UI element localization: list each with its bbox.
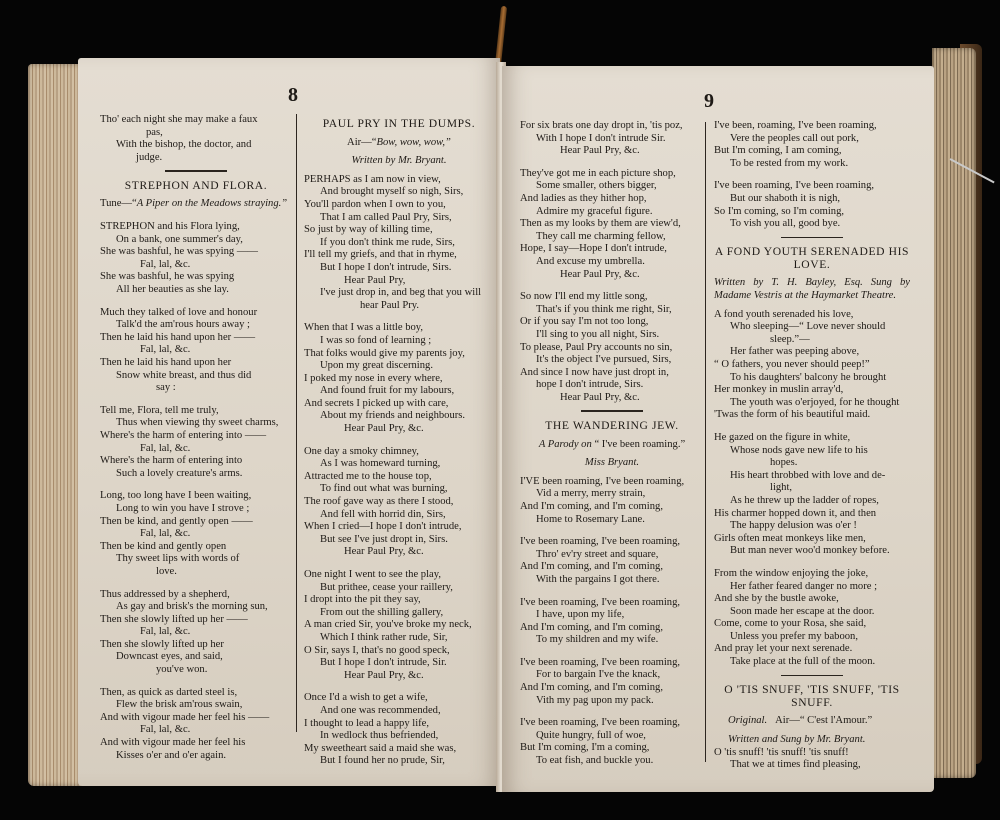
text-line: With the bishop, the doctor, and xyxy=(100,139,292,152)
text-line: Talk'd the am'rous hours away ; xyxy=(100,319,292,332)
text-line: His heart throbbed with love and de- xyxy=(714,470,910,483)
credit-line: Written by Mr. Bryant. xyxy=(304,155,494,168)
text-line: Then he laid his hand upon her —— xyxy=(100,332,292,345)
column-divider xyxy=(296,114,297,732)
text-line: So now I'll end my little song, xyxy=(520,291,704,304)
text-line: My sweetheart said a maid she was, xyxy=(304,743,494,756)
text-line: Kisses o'er and o'er again. xyxy=(100,750,292,763)
text-line: Vith my pag upon my pack. xyxy=(520,695,704,708)
text-line: He gazed on the figure in white, xyxy=(714,432,910,445)
text-line: Long, too long have I been waiting, xyxy=(100,490,292,503)
text-line: I've been roaming, I've been roaming, xyxy=(520,717,704,730)
air-line: Original. Air—“ C'est l'Amour.” xyxy=(714,715,910,728)
page-number: 9 xyxy=(704,90,714,113)
text-line: “ O fathers, you never should peep!” xyxy=(714,359,910,372)
text-line: A man cried Sir, you've broke my neck, xyxy=(304,619,494,632)
text-line: Upon my great discerning. xyxy=(304,360,494,373)
parody-line: A Parody on “ I've been roaming.” xyxy=(520,439,704,452)
text-line: I was so fond of learning ; xyxy=(304,335,494,348)
text-line: With the pargains I got there. xyxy=(520,574,704,587)
song-title: THE WANDERING JEW. xyxy=(520,420,704,433)
section-rule xyxy=(781,237,843,239)
song-stanzas: I've been, roaming, I've been roaming,Ve… xyxy=(714,120,910,231)
song-title: PAUL PRY IN THE DUMPS. xyxy=(304,118,494,131)
text-line: With I hope I don't intrude Sir. xyxy=(520,133,704,146)
text-line: And brought myself so nigh, Sirs, xyxy=(304,186,494,199)
text-line: They call me charming fellow, xyxy=(520,231,704,244)
text-line: I've been, roaming, I've been roaming, xyxy=(714,120,910,133)
text-line: As gay and brisk's the morning sun, xyxy=(100,601,292,614)
text-line: As I was homeward turning, xyxy=(304,458,494,471)
song-stanzas: STREPHON and his Flora lying,On a bank, … xyxy=(100,221,292,762)
text-line: And found fruit for my labours, xyxy=(304,385,494,398)
text-line: Then, as quick as darted steel is, xyxy=(100,687,292,700)
text-line: say : xyxy=(100,382,292,395)
text-line: Soon made her escape at the door. xyxy=(714,606,910,619)
text-line: In wedlock thus befriended, xyxy=(304,730,494,743)
text-line: Her father was peeping above, xyxy=(714,346,910,359)
text-line: 'Twas the form of his beautiful maid. xyxy=(714,409,910,422)
text-line: But I hope I don't intrude, Sir. xyxy=(304,657,494,670)
open-book: 8 Tho' each night she may make a faux pa… xyxy=(0,0,1000,820)
text-line: To eat fish, and buckle you. xyxy=(520,755,704,768)
text-line: Where's the harm of entering into —— xyxy=(100,430,292,443)
text-line: Or if you say I'm not too long, xyxy=(520,316,704,329)
text-line: I have, upon my life, xyxy=(520,609,704,622)
text-line: Thus when viewing thy sweet charms, xyxy=(100,417,292,430)
right-page: 9 For six brats one day dropt in, 'tis p… xyxy=(502,66,934,792)
text-line: When I cried—I hope I don't intrude, xyxy=(304,521,494,534)
text-line: STREPHON and his Flora lying, xyxy=(100,221,292,234)
text-line: But I'm coming, I am coming, xyxy=(714,145,910,158)
text-line: Downcast eyes, and said, xyxy=(100,651,292,664)
text-line: Her father feared danger no more ; xyxy=(714,581,910,594)
text-line: To please, Paul Pry accounts no sin, xyxy=(520,342,704,355)
text-line: But see I've just dropt in, Sirs. xyxy=(304,534,494,547)
song-stanzas: A fond youth serenaded his love,Who slee… xyxy=(714,309,910,669)
text-line: Then be kind, and gently open —— xyxy=(100,516,292,529)
text-line: I'll tell my griefs, and that in rhyme, xyxy=(304,249,494,262)
left-page: 8 Tho' each night she may make a faux pa… xyxy=(78,58,500,786)
text-line: That's if you think me right, Sir, xyxy=(520,304,704,317)
text-line: Thus addressed by a shepherd, xyxy=(100,589,292,602)
text-line: And I'm coming, and I'm coming, xyxy=(520,682,704,695)
page-number: 8 xyxy=(288,84,298,107)
text-line: Then be kind and gently open xyxy=(100,541,292,554)
text-line: And I'm coming, and I'm coming, xyxy=(520,561,704,574)
text-line: pas, xyxy=(100,127,292,140)
text-line: Hear Paul Pry, &c. xyxy=(304,546,494,559)
text-line: When that I was a little boy, xyxy=(304,322,494,335)
right-column-2: I've been, roaming, I've been roaming,Ve… xyxy=(714,120,910,772)
text-line: Unless you prefer my baboon, xyxy=(714,631,910,644)
text-line: That I am called Paul Pry, Sirs, xyxy=(304,212,494,225)
text-line: Once I'd a wish to get a wife, xyxy=(304,692,494,705)
text-line: Fal, lal, &c. xyxy=(100,259,292,272)
text-line: To his daughters' balcony he brought xyxy=(714,372,910,385)
text-line: But our shaboth it is nigh, xyxy=(714,193,910,206)
credit-line: Written by T. H. Bayley, Esq. Sung by Ma… xyxy=(714,277,910,302)
text-line: Where's the harm of entering into xyxy=(100,455,292,468)
song-stanzas: For six brats one day dropt in, 'tis poz… xyxy=(520,120,704,404)
text-line: Long to win you have I strove ; xyxy=(100,503,292,516)
page-block-right-edge xyxy=(932,48,976,778)
text-line: Hear Paul Pry, &c. xyxy=(304,670,494,683)
text-line: All her beauties as she lay. xyxy=(100,284,292,297)
text-line: That we at times find pleasing, xyxy=(714,759,910,772)
text-line: Attracted me to the house top, xyxy=(304,471,494,484)
text-line: hopes. xyxy=(714,457,910,470)
text-line: The happy delusion was o'er ! xyxy=(714,520,910,533)
page-block-left-edge xyxy=(28,64,84,786)
text-line: Thy sweet lips with words of xyxy=(100,553,292,566)
text-line: Hear Paul Pry, xyxy=(304,275,494,288)
text-line: But prithee, cease your raillery, xyxy=(304,582,494,595)
text-line: Her monkey in muslin array'd, xyxy=(714,384,910,397)
credit-line: Written and Sung by Mr. Bryant. xyxy=(714,734,910,747)
text-line: To vish you all, good bye. xyxy=(714,218,910,231)
text-line: One night I went to see the play, xyxy=(304,569,494,582)
text-line: But I hope I don't intrude, Sirs. xyxy=(304,262,494,275)
text-line: And fell with horrid din, Sirs, xyxy=(304,509,494,522)
text-line: So just by way of killing time, xyxy=(304,224,494,237)
text-line: Much they talked of love and honour xyxy=(100,307,292,320)
text-line: love. xyxy=(100,566,292,579)
text-line: Such a lovely creature's arms. xyxy=(100,468,292,481)
song-title: STREPHON AND FLORA. xyxy=(100,180,292,193)
text-line: light, xyxy=(714,482,910,495)
text-line: I thought to lead a happy life, xyxy=(304,718,494,731)
text-line: From the window enjoying the joke, xyxy=(714,568,910,581)
text-line: For six brats one day dropt in, 'tis poz… xyxy=(520,120,704,133)
text-line: Admire my graceful figure. xyxy=(520,206,704,219)
text-line: Fal, lal, &c. xyxy=(100,528,292,541)
text-line: His charmer hopped down it, and then xyxy=(714,508,910,521)
text-line: sleep.”— xyxy=(714,334,910,347)
text-line: That folks would give my parents joy, xyxy=(304,348,494,361)
text-line: One day a smoky chimney, xyxy=(304,446,494,459)
text-line: And with vigour made her feel his —— xyxy=(100,712,292,725)
left-column-2: PAUL PRY IN THE DUMPS. Air—“Bow, wow, wo… xyxy=(304,114,494,768)
text-line: Vere the peoples call out pork, xyxy=(714,133,910,146)
text-line: I've been roaming, I've been roaming, xyxy=(520,536,704,549)
text-line: O 'tis snuff! 'tis snuff! 'tis snuff! xyxy=(714,747,910,760)
text-line: For to bargain I've the knack, xyxy=(520,669,704,682)
text-line: You'll pardon when I own to you, xyxy=(304,199,494,212)
text-line: Hear Paul Pry, &c. xyxy=(304,423,494,436)
text-line: And one was recommended, xyxy=(304,705,494,718)
text-line: Hear Paul Pry, &c. xyxy=(520,145,704,158)
text-line: Fal, lal, &c. xyxy=(100,443,292,456)
text-line: And I'm coming, and I'm coming, xyxy=(520,622,704,635)
text-line: Hear Paul Pry, &c. xyxy=(520,392,704,405)
text-line: And with vigour made her feel his xyxy=(100,737,292,750)
text-line: Fal, lal, &c. xyxy=(100,344,292,357)
text-line: Tho' each night she may make a faux xyxy=(100,114,292,127)
text-line: hear Paul Pry. xyxy=(304,300,494,313)
text-line: you've won. xyxy=(100,664,292,677)
text-line: As he threw up the ladder of ropes, xyxy=(714,495,910,508)
text-line: I've just drop in, and beg that you will xyxy=(304,287,494,300)
text-line: About my friends and neighbours. xyxy=(304,410,494,423)
section-rule xyxy=(165,170,227,172)
song-stanzas: PERHAPS as I am now in view,And brought … xyxy=(304,174,494,768)
credit-line: Miss Bryant. xyxy=(520,457,704,470)
text-line: She was bashful, he was spying xyxy=(100,271,292,284)
text-line: Then she slowly lifted up her —— xyxy=(100,614,292,627)
text-line: Tell me, Flora, tell me truly, xyxy=(100,405,292,418)
text-line: From out the shilling gallery, xyxy=(304,607,494,620)
text-line: Snow white breast, and thus did xyxy=(100,370,292,383)
text-line: If you don't think me rude, Sirs, xyxy=(304,237,494,250)
text-line: The roof gave way as there I stood, xyxy=(304,496,494,509)
right-column-1: For six brats one day dropt in, 'tis poz… xyxy=(520,120,704,768)
text-line: So I'm coming, so I'm coming, xyxy=(714,206,910,219)
text-line: judge. xyxy=(100,152,292,165)
text-line: Then he laid his hand upon her xyxy=(100,357,292,370)
text-line: I've been roaming, I've been roaming, xyxy=(520,657,704,670)
text-line: To my shildren and my wife. xyxy=(520,634,704,647)
text-line: They've got me in each picture shop, xyxy=(520,168,704,181)
text-line: Then as my looks by them are view'd, xyxy=(520,218,704,231)
text-line: And pray let your next serenade. xyxy=(714,643,910,656)
text-line: To find out what was burning, xyxy=(304,483,494,496)
text-line: But I'm coming, I'm a coming, xyxy=(520,742,704,755)
text-line: hope I don't intrude, Sirs. xyxy=(520,379,704,392)
air-line: Air—“Bow, wow, wow,” xyxy=(304,137,494,150)
text-line: Come, come to your Rosa, she said, xyxy=(714,618,910,631)
text-line: Take place at the full of the moon. xyxy=(714,656,910,669)
text-line: Some smaller, others bigger, xyxy=(520,180,704,193)
text-line: Hear Paul Pry, &c. xyxy=(520,269,704,282)
column-divider xyxy=(705,122,706,762)
song-title: O 'TIS SNUFF, 'TIS SNUFF, 'TIS SNUFF. xyxy=(714,684,910,709)
text-line: And since I now have just dropt in, xyxy=(520,367,704,380)
text-line: O Sir, says I, that's no good speck, xyxy=(304,645,494,658)
text-line: Fal, lal, &c. xyxy=(100,626,292,639)
text-line: A fond youth serenaded his love, xyxy=(714,309,910,322)
text-line: I dropt into the pit they say, xyxy=(304,594,494,607)
text-line: I've been roaming, I've been roaming, xyxy=(714,180,910,193)
text-line: Whose nods gave new life to his xyxy=(714,445,910,458)
text-line: Then she slowly lifted up her xyxy=(100,639,292,652)
text-line: Who sleeping—“ Love never should xyxy=(714,321,910,334)
text-line: Quite hungry, full of woe, xyxy=(520,730,704,743)
text-line: It's the object I've pursued, Sirs, xyxy=(520,354,704,367)
text-line: Flew the brisk am'rous swain, xyxy=(100,699,292,712)
text-line: PERHAPS as I am now in view, xyxy=(304,174,494,187)
text-line: Home to Rosemary Lane. xyxy=(520,514,704,527)
text-line: On a bank, one summer's day, xyxy=(100,234,292,247)
text-line: And I'm coming, and I'm coming, xyxy=(520,501,704,514)
text-line: Which I think rather rude, Sir, xyxy=(304,632,494,645)
text-line: Thro' ev'ry street and square, xyxy=(520,549,704,562)
left-column-1: Tho' each night she may make a faux pas,… xyxy=(100,114,292,762)
text-line: Girls often meat monkeys like men, xyxy=(714,533,910,546)
text-line: But I found her no prude, Sir, xyxy=(304,755,494,768)
section-rule xyxy=(781,675,843,677)
text-line: Vid a merry, merry strain, xyxy=(520,488,704,501)
text-line: I'll sing to you all night, Sirs. xyxy=(520,329,704,342)
song-title: A FOND YOUTH SERENADED HIS LOVE. xyxy=(714,246,910,271)
text-line: The youth was o'erjoyed, for he thought xyxy=(714,397,910,410)
text-line: Hope, I say—Hope I don't intrude, xyxy=(520,243,704,256)
text-line: She was bashful, he was spying —— xyxy=(100,246,292,259)
section-rule xyxy=(581,410,643,412)
text-line: I poked my nose in every where, xyxy=(304,373,494,386)
text-line: And ladies as they hither hop, xyxy=(520,193,704,206)
text-line: I've been roaming, I've been roaming, xyxy=(520,597,704,610)
song-stanzas: I'VE been roaming, I've been roaming,Vid… xyxy=(520,476,704,768)
text-line: I'VE been roaming, I've been roaming, xyxy=(520,476,704,489)
text-line: And secrets I picked up with care, xyxy=(304,398,494,411)
text-line: To be rested from my work. xyxy=(714,158,910,171)
tune-line: Tune—“A Piper on the Meadows straying.” xyxy=(100,198,292,211)
text-line: Fal, lal, &c. xyxy=(100,724,292,737)
text-line: And excuse my umbrella. xyxy=(520,256,704,269)
text-line: But man never woo'd monkey before. xyxy=(714,545,910,558)
text-line: And she by the bustle awoke, xyxy=(714,593,910,606)
